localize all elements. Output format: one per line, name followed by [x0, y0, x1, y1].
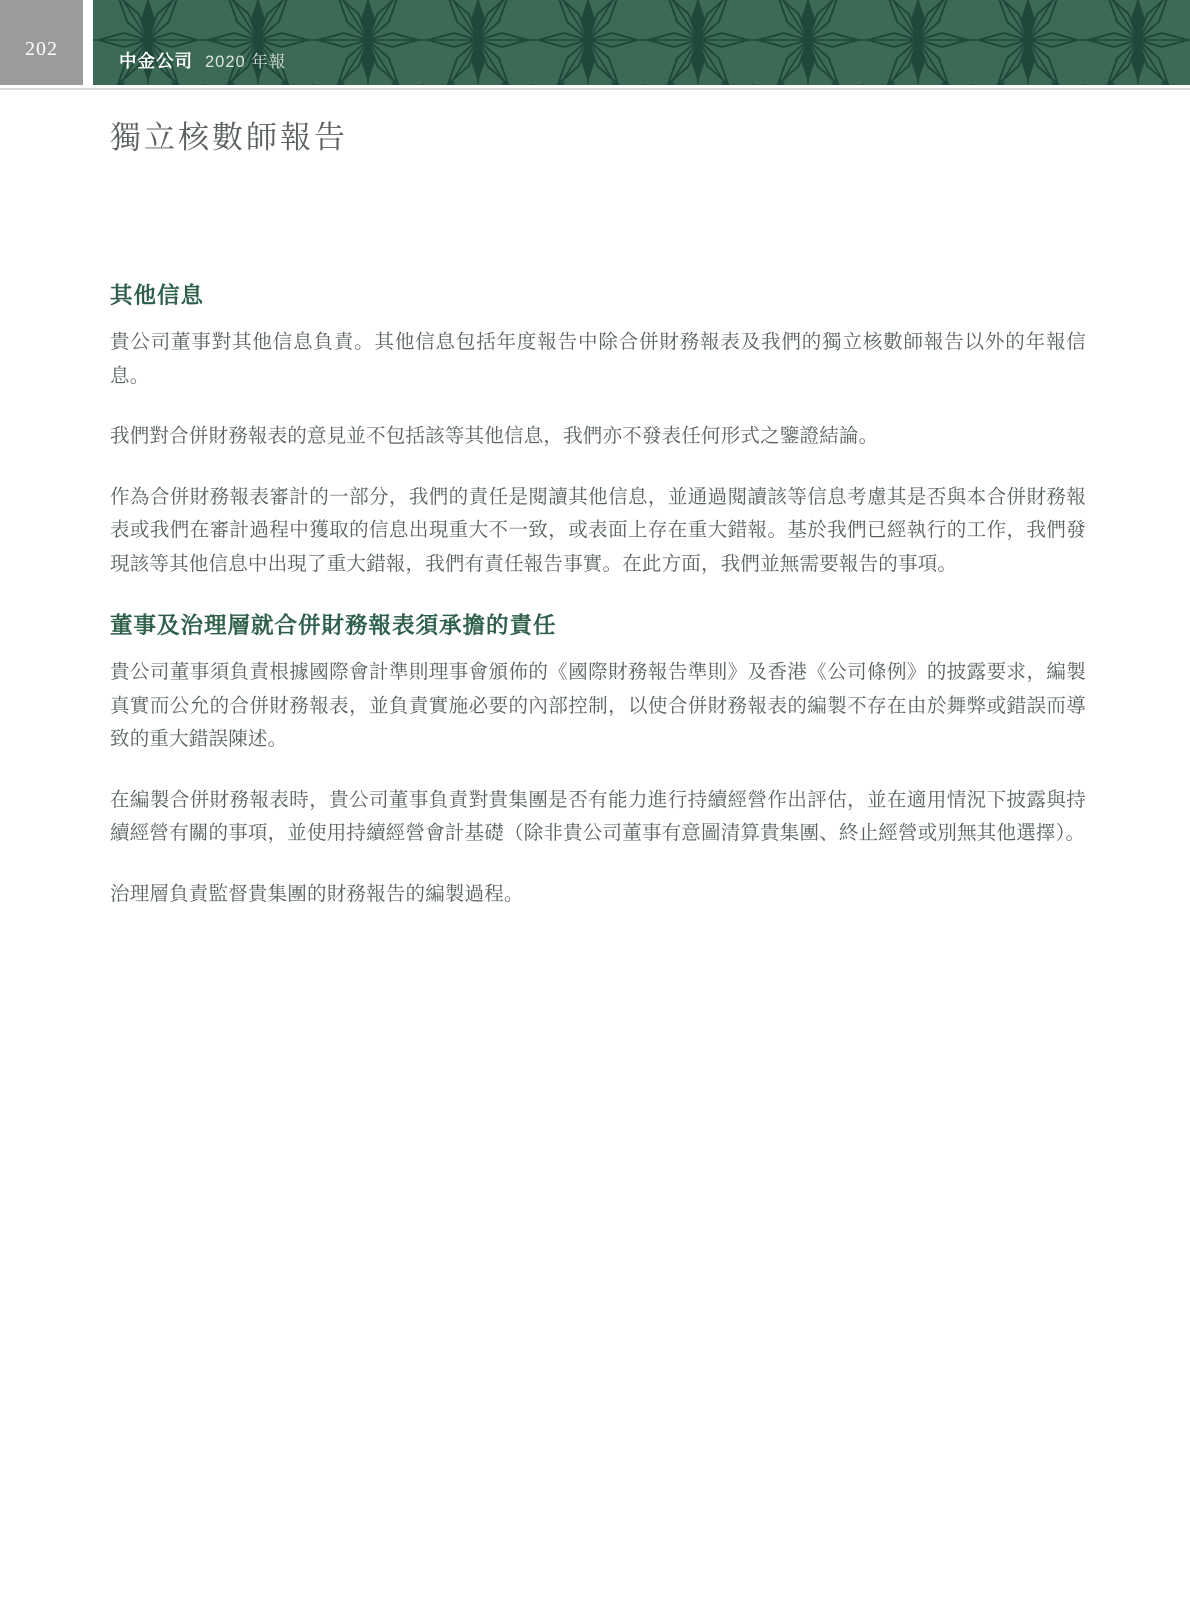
- band-caption: 中金公司 2020 年報: [119, 48, 286, 73]
- company-name: 中金公司: [119, 48, 193, 73]
- page-header: 202: [0, 0, 1190, 85]
- report-content: 獨立核數師報告 其他信息 貴公司董事對其他信息負責。其他信息包括年度報告中除合併…: [0, 90, 1190, 938]
- page-number: 202: [25, 38, 58, 61]
- report-page: 202: [0, 0, 1190, 1615]
- paragraph: 貴公司董事對其他信息負責。其他信息包括年度報告中除合併財務報表及我們的獨立核數師…: [110, 326, 1086, 393]
- section-heading-other-information: 其他信息: [110, 278, 1086, 310]
- report-title: 獨立核數師報告: [110, 112, 1086, 157]
- page-number-box: 202: [0, 0, 83, 85]
- paragraph: 治理層負責監督貴集團的財務報告的編製過程。: [110, 878, 1086, 912]
- paragraph: 作為合併財務報表審計的一部分，我們的責任是閱讀其他信息，並通過閱讀該等信息考慮其…: [110, 481, 1086, 582]
- header-band: 中金公司 2020 年報: [93, 0, 1190, 85]
- section-heading-responsibilities: 董事及治理層就合併財務報表須承擔的責任: [110, 608, 1086, 640]
- paragraph: 我們對合併財務報表的意見並不包括該等其他信息，我們亦不發表任何形式之鑒證結論。: [110, 420, 1086, 454]
- paragraph: 貴公司董事須負責根據國際會計準則理事會頒佈的《國際財務報告準則》及香港《公司條例…: [110, 656, 1086, 757]
- report-edition: 2020 年報: [205, 48, 286, 72]
- paragraph: 在編製合併財務報表時，貴公司董事負責對貴集團是否有能力進行持續經營作出評估，並在…: [110, 784, 1086, 851]
